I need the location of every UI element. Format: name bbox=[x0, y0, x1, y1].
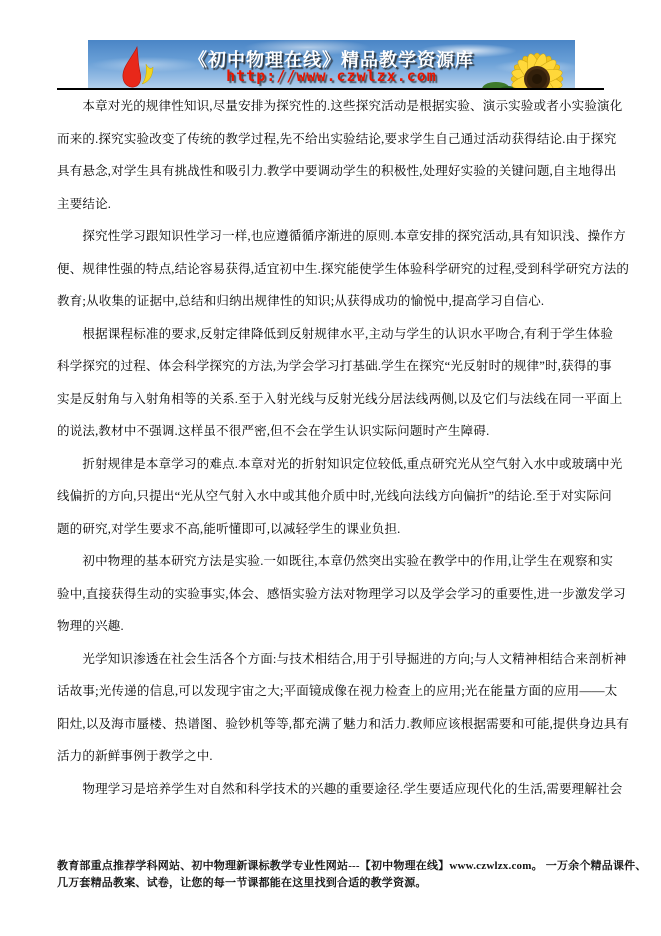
paragraph-1-line-1: 本章对光的规律性知识,尽量安排为探究性的.这些探究活动是根据实验、演示实验或者小… bbox=[57, 90, 604, 123]
paragraph-1-line-2: 而来的.探究实验改变了传统的教学过程,先不给出实验结论,要求学生自己通过活动获得… bbox=[57, 123, 604, 156]
paragraph-6-line-3: 阳灶,以及海市蜃楼、热谱图、验钞机等等,都充满了魅力和活力.教师应该根据需要和可… bbox=[57, 708, 604, 741]
paragraph-6-line-1: 光学知识渗透在社会生活各个方面:与技术相结合,用于引导掘进的方向;与人文精神相结… bbox=[57, 643, 604, 676]
footer-line-1: 教育部重点推荐学科网站、初中物理新课标教学专业性网站---【初中物理在线】www… bbox=[57, 858, 604, 875]
paragraph-4-line-2: 线偏折的方向,只提出“光从空气射入水中或其他介质中时,光线向法线方向偏折”的结论… bbox=[57, 480, 604, 513]
paragraph-5-line-1: 初中物理的基本研究方法是实验.一如既往,本章仍然突出实验在教学中的作用,让学生在… bbox=[57, 545, 604, 578]
paragraph-2-line-3: 教育;从收集的证据中,总结和归纳出规律性的知识;从获得成功的愉悦中,提高学习自信… bbox=[57, 285, 604, 318]
paragraph-3-line-3: 实是反射角与入射角相等的关系.至于入射光线与反射光线分居法线两侧,以及它们与法线… bbox=[57, 383, 604, 416]
paragraph-1-line-4: 主要结论. bbox=[57, 188, 604, 221]
paragraph-4-line-3: 题的研究,对学生要求不高,能听懂即可,以减轻学生的课业负担. bbox=[57, 513, 604, 546]
document-body: 本章对光的规律性知识,尽量安排为探究性的.这些探究活动是根据实验、演示实验或者小… bbox=[57, 90, 604, 805]
paragraph-1-line-3: 具有悬念,对学生具有挑战性和吸引力.教学中要调动学生的积极性,处理好实验的关键问… bbox=[57, 155, 604, 188]
paragraph-4-line-1: 折射规律是本章学习的难点.本章对光的折射知识定位较低,重点研究光从空气射入水中或… bbox=[57, 448, 604, 481]
sunflower-icon bbox=[468, 45, 573, 89]
paragraph-6-line-2: 话故事;光传递的信息,可以发现宇宙之大;平面镜成像在视力检查上的应用;光在能量方… bbox=[57, 675, 604, 708]
site-banner: 《初中物理在线》精品教学资源库 http://www.czwlzx.com bbox=[88, 40, 575, 89]
paragraph-2-line-1: 探究性学习跟知识性学习一样,也应遵循循序渐进的原则.本章安排的探究活动,具有知识… bbox=[57, 220, 604, 253]
paragraph-3-line-2: 科学探究的过程、体会科学探究的方法,为学会学习打基础.学生在探究“光反射时的规律… bbox=[57, 350, 604, 383]
document-page: 《初中物理在线》精品教学资源库 http://www.czwlzx.com bbox=[0, 0, 661, 936]
paragraph-2-line-2: 便、规律性强的特点,结论容易获得,适宜初中生.探究能使学生体验科学研究的过程,受… bbox=[57, 253, 604, 286]
footer-line-2: 几万套精品教案、试卷，让您的每一节课都能在这里找到合适的教学资源。 bbox=[57, 875, 604, 892]
paragraph-5-line-2: 验中,直接获得生动的实验事实,体会、感悟实验方法对物理学习以及学会学习的重要性,… bbox=[57, 578, 604, 611]
page-footer: 教育部重点推荐学科网站、初中物理新课标教学专业性网站---【初中物理在线】www… bbox=[57, 858, 604, 892]
paragraph-3-line-4: 的说法,教材中不强调.这样虽不很严密,但不会在学生认识实际问题时产生障碍. bbox=[57, 415, 604, 448]
paragraph-5-line-3: 物理的兴趣. bbox=[57, 610, 604, 643]
paragraph-7-line-1: 物理学习是培养学生对自然和科学技术的兴趣的重要途径.学生要适应现代化的生活,需要… bbox=[57, 773, 604, 806]
paragraph-6-line-4: 活力的新鲜事例于教学之中. bbox=[57, 740, 604, 773]
paragraph-3-line-1: 根据课程标准的要求,反射定律降低到反射规律水平,主动与学生的认识水平吻合,有利于… bbox=[57, 318, 604, 351]
